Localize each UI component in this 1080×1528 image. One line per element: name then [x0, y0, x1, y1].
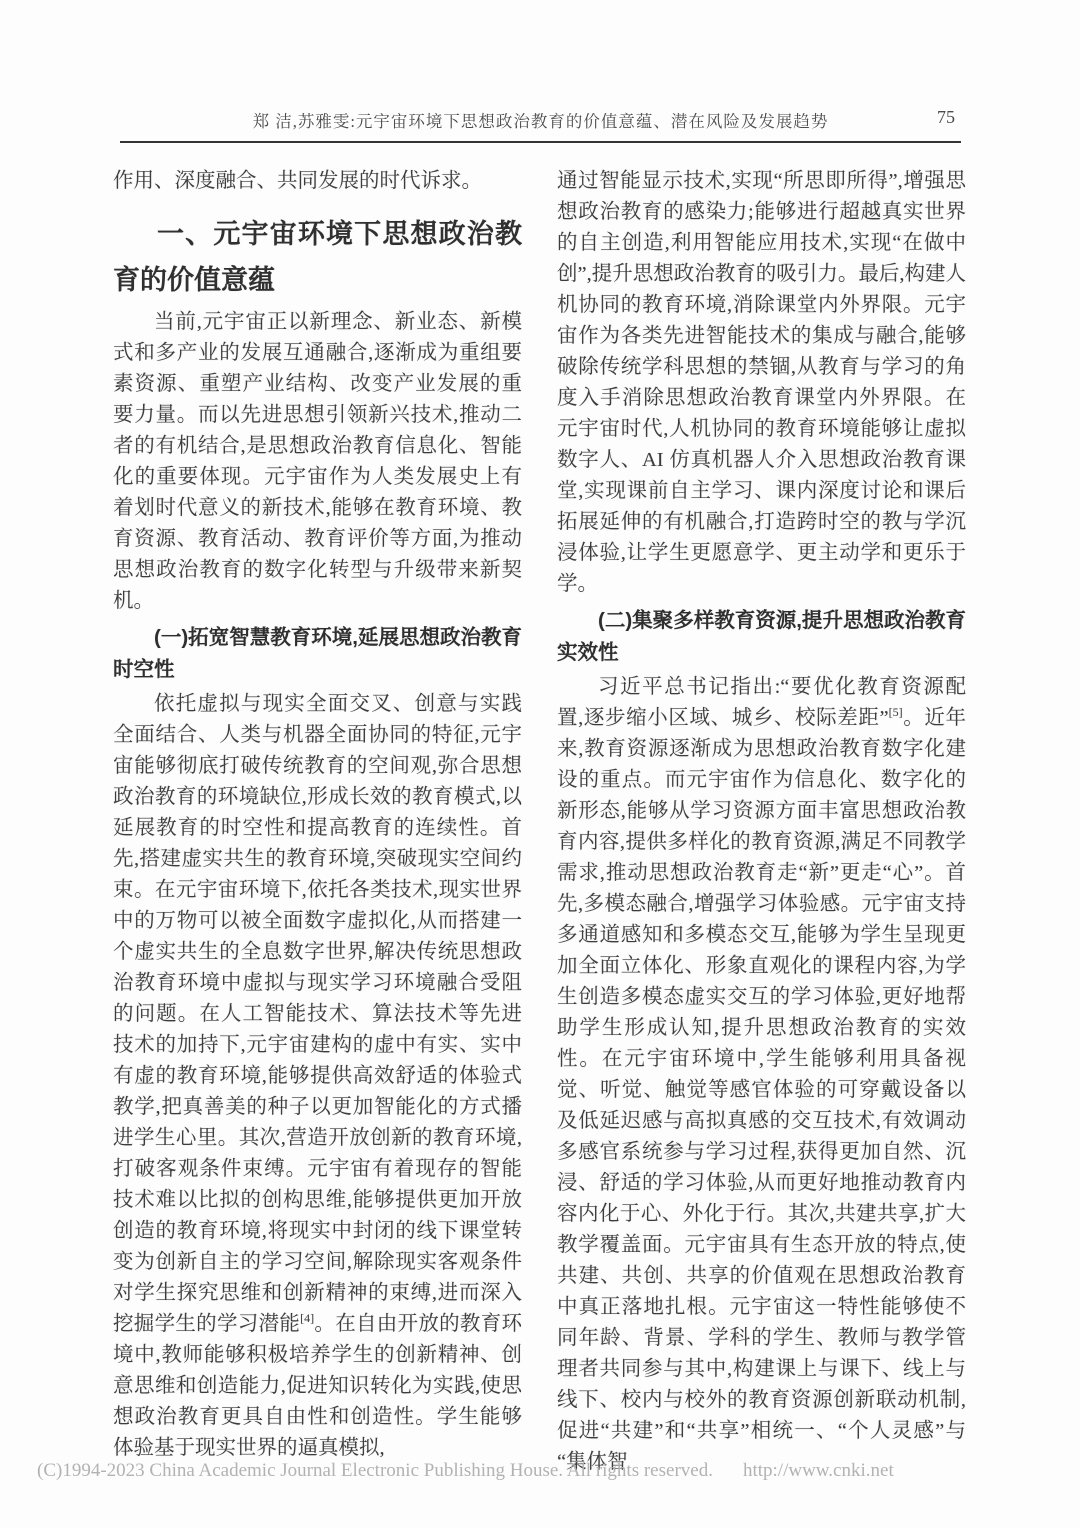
right-column: 通过智能显示技术,实现“所思即所得”,增强思想政治教育的感染力;能够进行超越真实… — [557, 166, 966, 1478]
paragraph: 习近平总书记指出:“要优化教育资源配置,逐步缩小区域、城乡、校际差距”[5]。近… — [557, 672, 966, 1478]
paragraph: 当前,元宇宙正以新理念、新业态、新模式和多产业的发展互通融合,逐渐成为重组要素资… — [113, 307, 522, 617]
page-footer: (C)1994-2023 China Academic Journal Elec… — [37, 1460, 1047, 1482]
journal-scan-page: 郑 洁,苏雅雯:元宇宙环境下思想政治教育的价值意蕴、潜在风险及发展趋势 75 作… — [0, 0, 1080, 1528]
section-1-heading: 一、元宇宙环境下思想政治教育的价值意蕴 — [113, 211, 522, 303]
paragraph-text: 依托虚拟与现实全面交叉、创意与实践全面结合、人类与机器全面协同的特征,元宇宙能够… — [113, 693, 522, 1335]
left-column: 作用、深度融合、共同发展的时代诉求。 一、元宇宙环境下思想政治教育的价值意蕴 当… — [113, 166, 522, 1478]
carryover-paragraph: 作用、深度融合、共同发展的时代诉求。 — [113, 166, 522, 197]
page-number: 75 — [937, 107, 955, 128]
citation-ref-5: [5] — [889, 705, 903, 719]
paragraph: 依托虚拟与现实全面交叉、创意与实践全面结合、人类与机器全面协同的特征,元宇宙能够… — [113, 689, 522, 1464]
page-header: 郑 洁,苏雅雯:元宇宙环境下思想政治教育的价值意蕴、潜在风险及发展趋势 75 — [120, 0, 961, 145]
copyright-text: (C)1994-2023 China Academic Journal Elec… — [37, 1460, 713, 1481]
carryover-paragraph: 通过智能显示技术,实现“所思即所得”,增强思想政治教育的感染力;能够进行超越真实… — [557, 166, 966, 600]
subsection-1-1-heading: (一)拓宽智慧教育环境,延展思想政治教育时空性 — [113, 622, 522, 686]
running-title: 郑 洁,苏雅雯:元宇宙环境下思想政治教育的价值意蕴、潜在风险及发展趋势 — [120, 108, 961, 132]
citation-ref-4: [4] — [300, 1311, 314, 1325]
footer-url: http://www.cnki.net — [743, 1460, 894, 1481]
article-body: 作用、深度融合、共同发展的时代诉求。 一、元宇宙环境下思想政治教育的价值意蕴 当… — [113, 166, 966, 1478]
subsection-1-2-heading: (二)集聚多样教育资源,提升思想政治教育实效性 — [557, 605, 966, 669]
header-rule — [120, 141, 961, 143]
paragraph-text: 。近年来,教育资源逐渐成为思想政治教育数字化建设的重点。而元宇宙作为信息化、数字… — [557, 707, 966, 1473]
